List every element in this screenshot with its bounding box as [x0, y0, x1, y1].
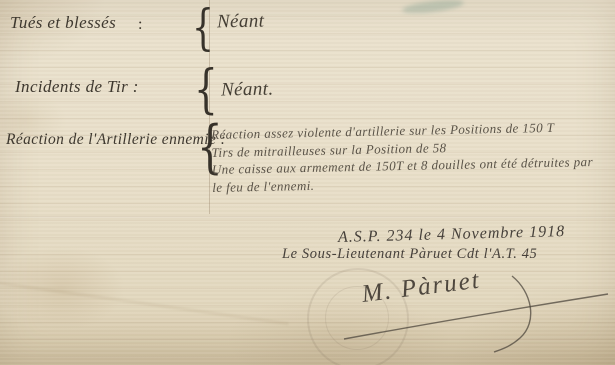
- field-label-firing-incidents: Incidents de Tir :: [15, 77, 139, 97]
- officer-line: Le Sous-Lieutenant Pàruet Cdt l'A.T. 45: [282, 246, 537, 263]
- brace-icon: {: [192, 3, 214, 51]
- ink-smudge: [402, 0, 465, 16]
- field-colon-casualties: :: [138, 16, 142, 34]
- field-value-enemy-artillery-reaction: Réaction assez violente d'artillerie sur…: [211, 118, 614, 196]
- field-value-casualties: Néant: [217, 11, 265, 34]
- scanned-document-page: Tués et blessés : { Néant Incidents de T…: [0, 0, 615, 365]
- field-value-firing-incidents: Néant.: [221, 79, 274, 102]
- diagonal-crease: [0, 278, 289, 326]
- date-line: A.S.P. 234 le 4 Novembre 1918: [338, 223, 566, 247]
- field-label-enemy-artillery-reaction: Réaction de l'Artillerie ennemie :: [6, 131, 226, 149]
- horizontal-crease: [0, 216, 615, 218]
- brace-icon: {: [194, 63, 218, 116]
- field-label-casualties: Tués et blessés: [10, 13, 116, 33]
